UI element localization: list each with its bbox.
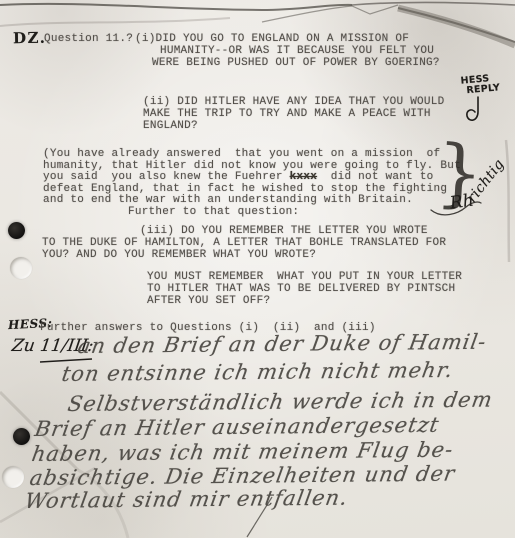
- punch-holes-layer: [0, 0, 515, 538]
- punch-hole-filled-top: [8, 222, 25, 239]
- punch-hole-empty-top: [10, 257, 32, 279]
- punch-hole-filled-bottom: [13, 428, 30, 445]
- scanned-document-page: DZ. Question 11.? (i)DID YOU GO TO ENGLA…: [0, 0, 515, 538]
- punch-hole-empty-bottom: [2, 466, 24, 488]
